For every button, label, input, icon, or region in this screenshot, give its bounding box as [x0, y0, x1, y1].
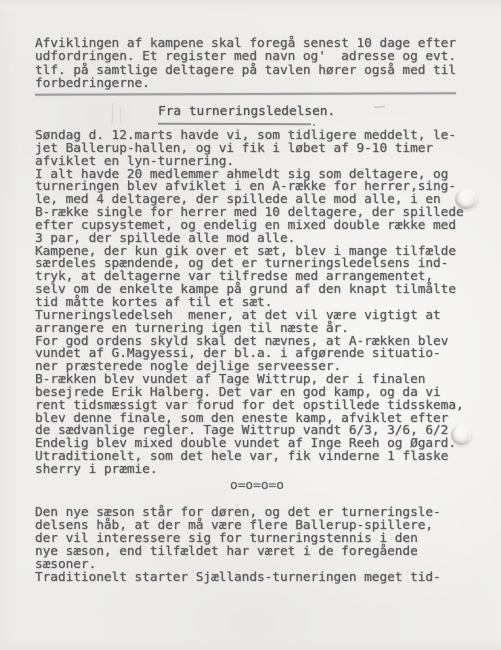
scan-artifact — [112, 103, 114, 125]
intro-paragraph: Afviklingen af kampene skal foregå senes… — [35, 37, 456, 91]
section-heading: Fra turneringsledelsen. — [158, 104, 335, 119]
embossed-hole-mark — [455, 189, 477, 209]
scan-artifact — [120, 106, 122, 124]
section-heading-underline — [158, 123, 311, 125]
body-paragraph: Søndag d. 12.marts havde vi, som tidlige… — [35, 130, 464, 477]
embossed-hole-mark — [451, 425, 471, 445]
section-divider: o=o=o=o — [230, 478, 284, 493]
scan-artifact — [374, 106, 385, 108]
scanned-page: Afviklingen af kampene skal foregå senes… — [0, 0, 501, 650]
horizontal-rule — [35, 92, 456, 95]
section-heading-underline-dot — [313, 124, 315, 126]
closing-paragraph: Den nye sæson står for døren, og det er … — [35, 506, 441, 584]
